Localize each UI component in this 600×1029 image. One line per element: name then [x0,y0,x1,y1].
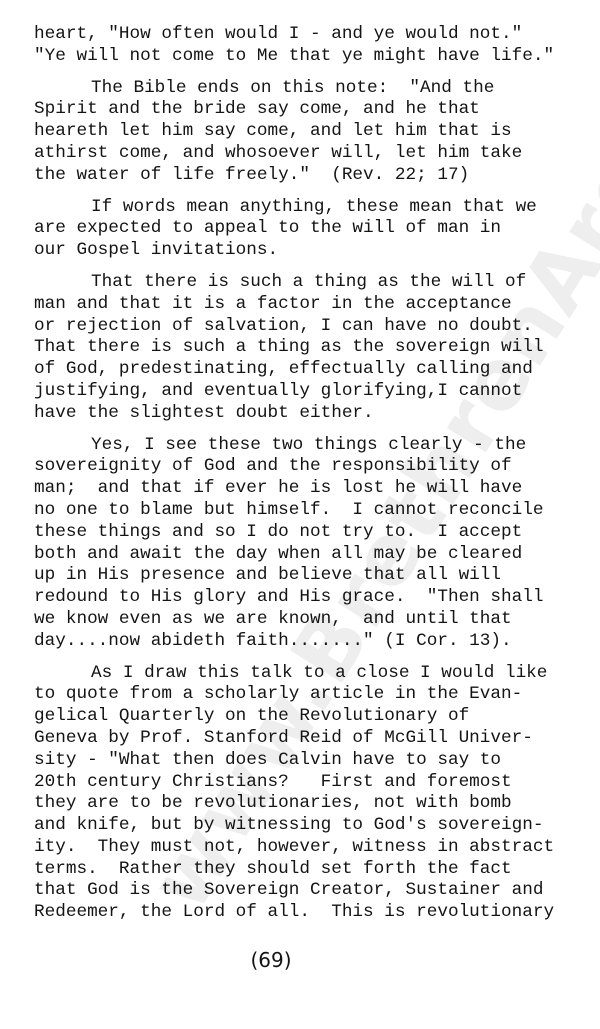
text-line: we know even as we are known, and until … [34,609,594,631]
text-line: the water of life freely." (Rev. 22; 17) [34,165,594,187]
text-line: or rejection of salvation, I can have no… [34,316,594,338]
page-number: (69) [0,948,542,972]
text-line: and knife, but by witnessing to God's so… [34,815,594,837]
paragraph: The Bible ends on this note: "And theSpi… [34,78,594,187]
text-line: they are to be revolutionaries, not with… [34,793,594,815]
text-line: Redeemer, the Lord of all. This is revol… [34,902,594,924]
text-line: The Bible ends on this note: "And the [34,78,594,100]
text-line: sovereignity of God and the responsibili… [34,456,594,478]
text-line: ity. They must not, however, witness in … [34,837,594,859]
text-line: 20th century Christians? First and forem… [34,772,594,794]
text-line: are expected to appeal to the will of ma… [34,218,594,240]
text-line: heart, "How often would I - and ye would… [34,24,594,46]
paragraph: If words mean anything, these mean that … [34,197,594,262]
text-line: heareth let him say come, and let him th… [34,121,594,143]
text-line: of God, predestinating, effectually call… [34,359,594,381]
paragraph: Yes, I see these two things clearly - th… [34,435,594,653]
text-line: redound to His glory and His grace. "The… [34,587,594,609]
text-line: As I draw this talk to a close I would l… [34,663,594,685]
text-line: our Gospel invitations. [34,240,594,262]
text-line: justifying, and eventually glorifying,I … [34,381,594,403]
text-line: "Ye will not come to Me that ye might ha… [34,46,594,68]
text-line: sity - "What then does Calvin have to sa… [34,750,594,772]
text-line: Spirit and the bride say come, and he th… [34,99,594,121]
paragraph: As I draw this talk to a close I would l… [34,663,594,925]
text-line: athirst come, and whosoever will, let hi… [34,143,594,165]
text-line: both and await the day when all may be c… [34,544,594,566]
document-page: www.BrethrenArchive.org heart, "How ofte… [0,0,600,1029]
text-line: that God is the Sovereign Creator, Susta… [34,880,594,902]
text-line: man; and that if ever he is lost he will… [34,478,594,500]
text-line: Yes, I see these two things clearly - th… [34,435,594,457]
text-line: man and that it is a factor in the accep… [34,294,594,316]
text-line: to quote from a scholarly article in the… [34,684,594,706]
paragraph: That there is such a thing as the will o… [34,272,594,425]
text-line: no one to blame but himself. I cannot re… [34,500,594,522]
text-line: That there is such a thing as the will o… [34,272,594,294]
text-line: day....now abideth faith......." (I Cor.… [34,631,594,653]
text-line: terms. Rather they should set forth the … [34,859,594,881]
text-line: have the slightest doubt either. [34,403,594,425]
text-line: That there is such a thing as the sovere… [34,337,594,359]
text-line: these things and so I do not try to. I a… [34,522,594,544]
text-line: Geneva by Prof. Stanford Reid of McGill … [34,728,594,750]
text-line: gelical Quarterly on the Revolutionary o… [34,706,594,728]
paragraph: heart, "How often would I - and ye would… [34,24,594,68]
text-line: If words mean anything, these mean that … [34,197,594,219]
text-line: up in His presence and believe that all … [34,565,594,587]
page-body-text: heart, "How often would I - and ye would… [34,24,594,934]
